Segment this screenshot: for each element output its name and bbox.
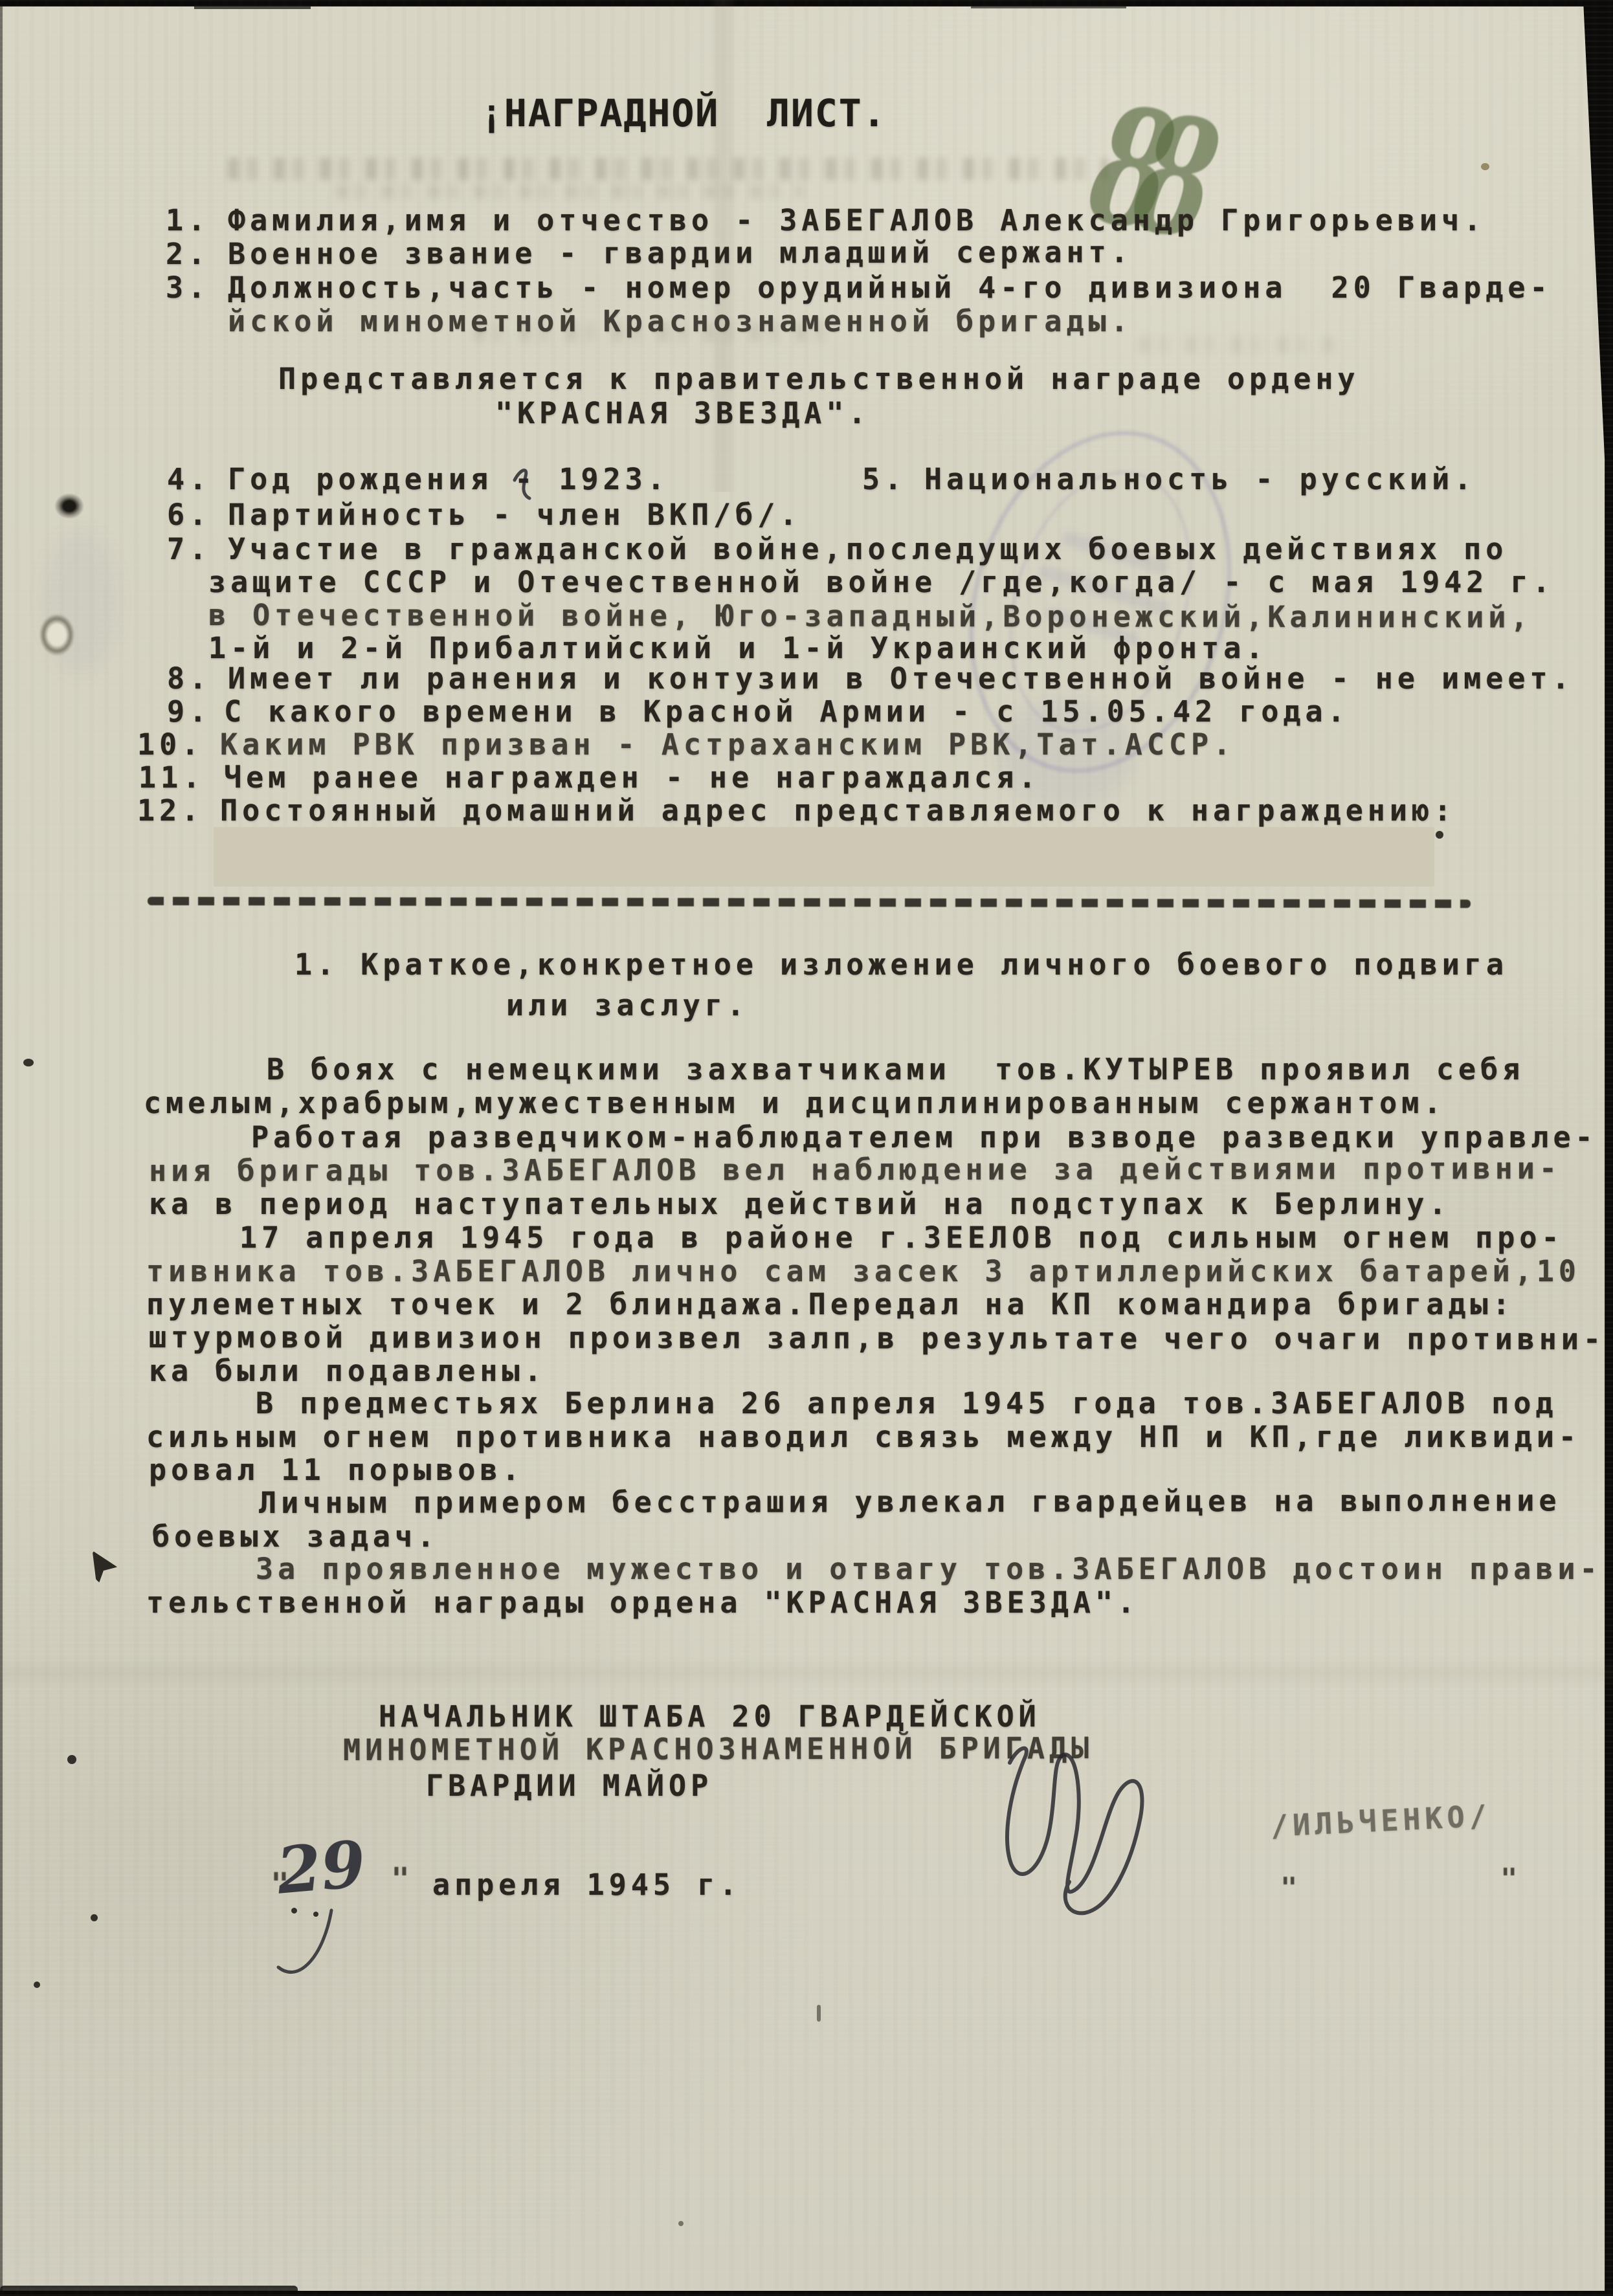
dashed-separator bbox=[148, 897, 1471, 908]
body-line: тивника тов.ЗАБЕГАЛОВ лично сам засек 3 … bbox=[146, 1257, 1581, 1286]
signatory-title-line: НАЧАЛЬНИК ШТАБА 20 ГВАРДЕЙСКОЙ bbox=[379, 1702, 1041, 1731]
scan-edge-tooth bbox=[971, 5, 1126, 8]
item-11-number: 11. bbox=[139, 763, 205, 792]
signatory-title-line: МИНОМЕТНОЙ КРАСНОЗНАМЕННОЙ БРИГАДЫ bbox=[343, 1734, 1093, 1765]
signatory-title-line: ГВАРДИИ МАЙОР bbox=[426, 1771, 713, 1800]
body-line: ровал 11 порывов. bbox=[149, 1455, 524, 1485]
handwritten-day: 29 bbox=[274, 1833, 368, 1904]
margin-mark bbox=[85, 1545, 122, 1589]
body-line: В предместьях Берлина 26 апреля 1945 год… bbox=[256, 1389, 1557, 1418]
item-9-number: 9. bbox=[167, 697, 211, 726]
item-10-text: Каким РВК призван - Астраханским РВК,Тат… bbox=[220, 730, 1235, 759]
stray-quote-mark: " bbox=[1500, 1862, 1518, 1895]
section-heading: 1. Краткое,конкретное изложение личного … bbox=[295, 950, 1508, 979]
handwritten-day-tail bbox=[278, 1910, 331, 1972]
item-11-text: Чем ранее награжден - не награждался. bbox=[224, 763, 1040, 792]
body-line: Работая разведчиком-наблюдателем при взв… bbox=[251, 1123, 1597, 1152]
body-line: За проявленное мужество и отвагу тов.ЗАБ… bbox=[256, 1554, 1602, 1584]
award-name-line: "КРАСНАЯ ЗВЕЗДА". bbox=[495, 399, 871, 428]
body-line: штурмовой дивизион произвел залп,в резул… bbox=[149, 1323, 1605, 1354]
item-10-number: 10. bbox=[137, 730, 203, 759]
item-5-number: 5. bbox=[862, 465, 906, 494]
redacted-address-block bbox=[214, 827, 1434, 887]
item-1-number: 1. bbox=[166, 206, 210, 235]
body-line: ния бригады тов.ЗАБЕГАЛОВ вел наблюдение… bbox=[149, 1154, 1561, 1186]
body-line: пулеметных точек и 2 блиндажа.Передал на… bbox=[146, 1290, 1515, 1319]
signatory-name: /ИЛЬЧЕНКО/ bbox=[1270, 1801, 1492, 1841]
date-text: апреля 1945 г. bbox=[432, 1870, 741, 1899]
body-line: сильным огнем противника наводил связь м… bbox=[146, 1422, 1581, 1452]
paper-hole bbox=[34, 607, 80, 663]
item-3-text-cont: йской минометной Краснознаменной бригады… bbox=[228, 307, 1133, 336]
item-3-number: 3. bbox=[166, 273, 210, 302]
item-7-text: Участие в гражданской войне,последущих б… bbox=[228, 535, 1507, 564]
body-line: тельственной награды ордена "КРАСНАЯ ЗВЕ… bbox=[146, 1588, 1139, 1617]
item-12-number: 12. bbox=[137, 796, 203, 825]
scan-edge-bottom-left bbox=[0, 2286, 298, 2296]
item-4-text: Год рождения - 1923. bbox=[228, 465, 669, 494]
item-7-text-cont: 1-й и 2-й Прибалтийский и 1-й Украинский… bbox=[208, 634, 1267, 663]
item-5-text: Национальность - русский. bbox=[924, 465, 1476, 494]
bleedthrough-text-ghost bbox=[228, 158, 1108, 180]
scan-edge-left bbox=[0, 0, 3, 2296]
paper-crease bbox=[0, 1657, 1613, 1689]
item-6-text: Партийность - член ВКП/б/. bbox=[228, 500, 801, 529]
scanned-award-document: 88 ¡НАГРАДНОЙ ЛИСТ. 1. Фамилия,имя и отч… bbox=[0, 0, 1613, 2296]
item-6-number: 6. bbox=[167, 500, 211, 529]
body-line: 17 апреля 1945 года в районе г.ЗЕЕЛОВ по… bbox=[239, 1223, 1564, 1252]
document-title: ¡НАГРАДНОЙ ЛИСТ. bbox=[480, 94, 887, 132]
officer-signature-stroke bbox=[1007, 1749, 1142, 1914]
item-3-text: Должность,часть - номер орудийный 4-го д… bbox=[228, 273, 1552, 302]
body-line: ка были подавлены. bbox=[149, 1356, 546, 1385]
item-7-text-cont: в Отечественной войне, Юго-западный,Воро… bbox=[208, 601, 1533, 632]
item-8-number: 8. bbox=[167, 664, 211, 693]
item-2-number: 2. bbox=[166, 239, 210, 269]
item-8-text: Имеет ли ранения и контузии в Отечествен… bbox=[228, 664, 1574, 693]
body-line: ка в период наступательных действий на п… bbox=[149, 1189, 1451, 1219]
bleedthrough-text-ghost bbox=[1139, 337, 1333, 353]
section-heading-cont: или заслуг. bbox=[506, 991, 749, 1020]
stray-quote-mark: " bbox=[1280, 1871, 1298, 1904]
item-4-number: 4. bbox=[167, 465, 211, 494]
body-line: смелым,храбрым,мужественным и дисциплини… bbox=[144, 1088, 1445, 1118]
body-line: Личным примером бесстрашия увлекал гвард… bbox=[259, 1486, 1561, 1518]
item-2-text: Военное звание - гвардии младший сержант… bbox=[228, 237, 1133, 269]
item-1-text: Фамилия,имя и отчество - ЗАБЕГАЛОВ Алекс… bbox=[228, 206, 1485, 235]
item-9-text: С какого времени в Красной Армии - с 15.… bbox=[224, 697, 1350, 726]
bleedthrough-text-ghost bbox=[337, 185, 803, 198]
item-7-number: 7. bbox=[167, 535, 211, 564]
item-7-text-cont: защите СССР и Отечественной войне /где,к… bbox=[208, 568, 1555, 597]
date-quote-close: " bbox=[391, 1861, 410, 1897]
body-line: боевых задач. bbox=[152, 1522, 439, 1551]
ink-blot bbox=[54, 493, 84, 519]
body-line: В боях с немецкими захватчиками тов.КУТЫ… bbox=[267, 1055, 1524, 1084]
scan-edge-tooth bbox=[194, 5, 311, 9]
item-12-text: Постоянный домашний адрес представляемог… bbox=[220, 796, 1456, 825]
presentation-line: Представляется к правительственной награ… bbox=[278, 364, 1360, 393]
